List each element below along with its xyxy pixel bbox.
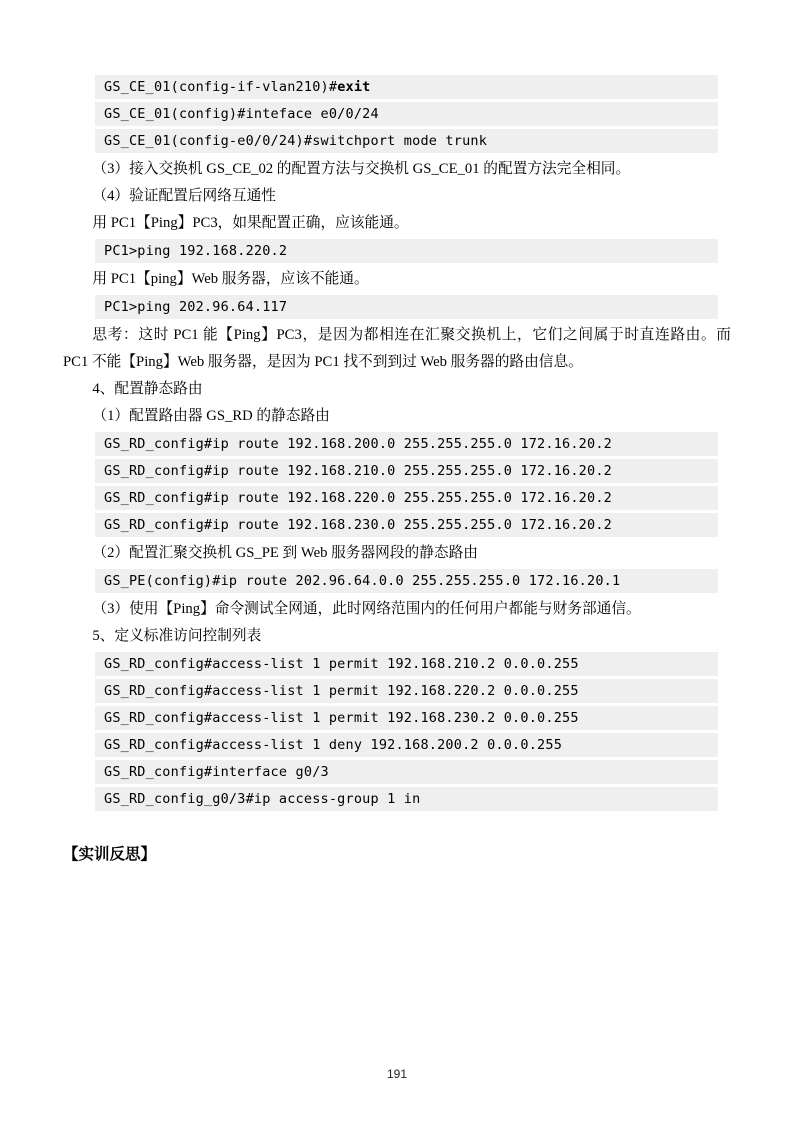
paragraph-ping-pc3: 用 PC1【Ping】PC3，如果配置正确，应该能通。 xyxy=(63,210,731,237)
code-block-static-routes: GS_RD_config#ip route 192.168.200.0 255.… xyxy=(63,432,731,537)
page-number: 191 xyxy=(0,1067,794,1081)
heading-step4: 4、配置静态路由 xyxy=(63,376,731,403)
code-line: GS_RD_config_g0/3#ip access-group 1 in xyxy=(95,787,718,811)
code-line-ping-pc3: PC1>ping 192.168.220.2 xyxy=(95,239,718,263)
code-line: GS_CE_01(config-if-vlan210)#exit xyxy=(95,75,718,99)
paragraph-4-2: （2）配置汇聚交换机 GS_PE 到 Web 服务器网段的静态路由 xyxy=(63,540,731,567)
code-line: GS_RD_config#access-list 1 permit 192.16… xyxy=(95,706,718,730)
code-line: GS_RD_config#access-list 1 deny 192.168.… xyxy=(95,733,718,757)
paragraph-4-1: （1）配置路由器 GS_RD 的静态路由 xyxy=(63,403,731,430)
code-line: GS_RD_config#access-list 1 permit 192.16… xyxy=(95,679,718,703)
paragraph-ping-web: 用 PC1【ping】Web 服务器，应该不能通。 xyxy=(63,266,731,293)
heading-reflection: 【实训反思】 xyxy=(63,843,731,867)
paragraph-step3: （3）接入交换机 GS_CE_02 的配置方法与交换机 GS_CE_01 的配置… xyxy=(63,156,731,183)
document-page: GS_CE_01(config-if-vlan210)#exit GS_CE_0… xyxy=(63,75,731,867)
code-line-ping-web: PC1>ping 202.96.64.117 xyxy=(95,295,718,319)
code-line: GS_RD_config#ip route 192.168.200.0 255.… xyxy=(95,432,718,456)
paragraph-think: 思考：这时 PC1 能【Ping】PC3，是因为都相连在汇聚交换机上，它们之间属… xyxy=(63,322,731,376)
code-line-gs-pe: GS_PE(config)#ip route 202.96.64.0.0 255… xyxy=(95,569,718,593)
code-line: GS_RD_config#ip route 192.168.220.0 255.… xyxy=(95,486,718,510)
paragraph-step4: （4）验证配置后网络互通性 xyxy=(63,183,731,210)
heading-step5: 5、定义标准访问控制列表 xyxy=(63,623,731,650)
code-line: GS_RD_config#interface g0/3 xyxy=(95,760,718,784)
code-block-acl: GS_RD_config#access-list 1 permit 192.16… xyxy=(63,652,731,811)
code-line: GS_RD_config#access-list 1 permit 192.16… xyxy=(95,652,718,676)
code-line: GS_CE_01(config)#inteface e0/0/24 xyxy=(95,102,718,126)
code-text-bold: exit xyxy=(337,79,370,95)
code-block-vlan-trunk: GS_CE_01(config-if-vlan210)#exit GS_CE_0… xyxy=(63,75,731,153)
code-text: GS_CE_01(config-if-vlan210)# xyxy=(104,79,337,95)
code-line: GS_CE_01(config-e0/0/24)#switchport mode… xyxy=(95,129,718,153)
paragraph-4-3: （3）使用【Ping】命令测试全网通，此时网络范围内的任何用户都能与财务部通信。 xyxy=(63,596,731,623)
code-line: GS_RD_config#ip route 192.168.210.0 255.… xyxy=(95,459,718,483)
code-line: GS_RD_config#ip route 192.168.230.0 255.… xyxy=(95,513,718,537)
